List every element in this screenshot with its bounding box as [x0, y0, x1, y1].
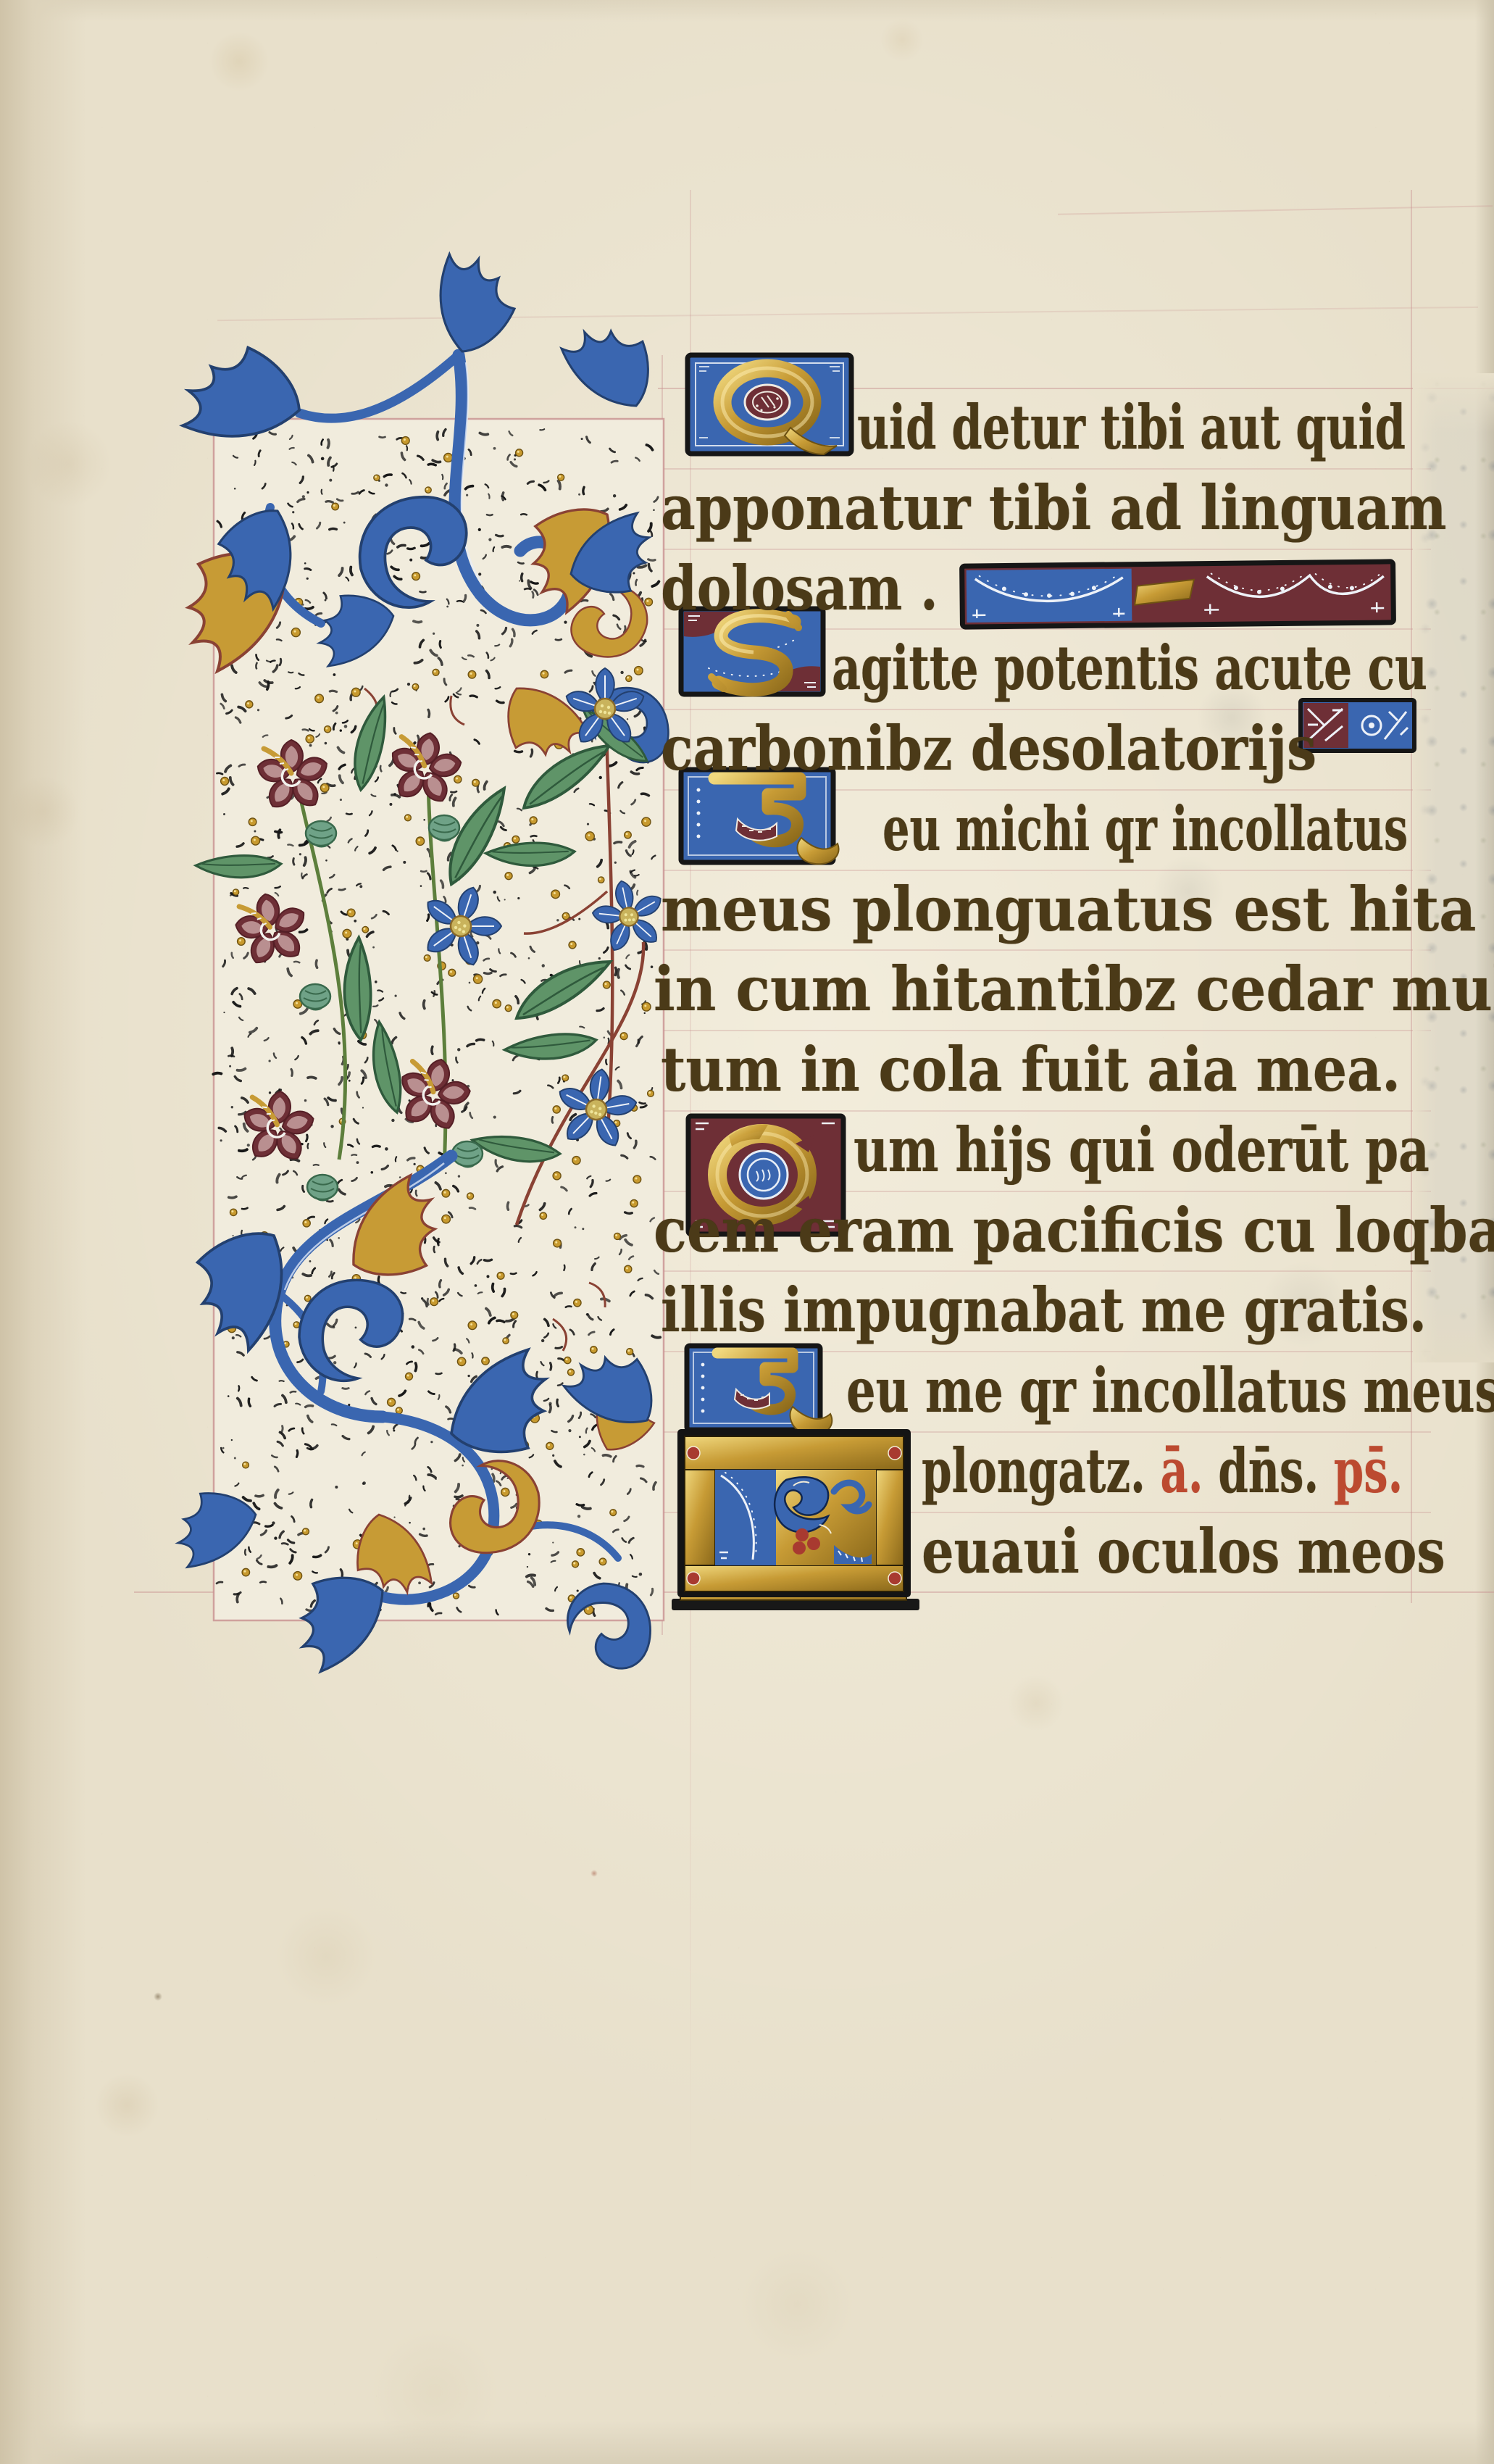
line-filler-bar [961, 559, 1395, 630]
text-line-13: eu me qr incollatus meus [846, 1352, 1494, 1429]
text-segment: agitte potentis acute cu [832, 632, 1427, 704]
parchment-stain [880, 18, 924, 62]
text-segment: in cum hitantibz cedar mul [654, 953, 1494, 1025]
text-line-8: in cum hitantibz cedar mul [654, 951, 1494, 1028]
text-segment: meus plonguatus est hita [661, 873, 1476, 945]
text-segment: plongatz. [922, 1435, 1145, 1507]
text-segment: ā. [1145, 1435, 1203, 1507]
text-line-7: meus plonguatus est hita [661, 871, 1494, 948]
parchment-stain [94, 2073, 159, 2138]
text-segment: tum in cola fuit aia mea. [661, 1033, 1401, 1105]
text-segment: cem eram pacificis cu loqbar [654, 1194, 1494, 1266]
text-segment: apponatur tibi ad linguam [661, 472, 1446, 544]
text-segment: illis impugnabat me gratis. [661, 1274, 1427, 1346]
text-line-9: tum in cola fuit aia mea. [661, 1031, 1494, 1108]
initial-h-2 [685, 1344, 822, 1431]
text-line-10: um hijs qui oderūt pa [854, 1112, 1494, 1189]
text-line-11: cem eram pacificis cu loqbar [654, 1192, 1494, 1269]
parchment-stain [209, 31, 270, 92]
text-line-15: euaui oculos meos [922, 1513, 1494, 1590]
parchment-stain [370, 2326, 500, 2457]
parchment-stain [1007, 1674, 1065, 1732]
initial-l [677, 1429, 911, 1607]
text-segment: um hijs qui oderūt pa [854, 1114, 1430, 1186]
text-line-4: agitte potentis acute cu [832, 630, 1494, 707]
text-segment: uid detur tibi aut quid [857, 391, 1406, 463]
text-line-6: eu michi qr incollatus [882, 791, 1494, 867]
text-segment: dn̄s. [1203, 1435, 1319, 1507]
parchment-stain [739, 2247, 855, 2363]
parchment-stain [275, 1906, 377, 2007]
parchment-stain [154, 1992, 162, 2001]
parchment-stain [590, 1870, 598, 1877]
text-line-2: apponatur tibi ad linguam [661, 470, 1494, 546]
manuscript-page: uid detur tibi aut quidapponatur tibi ad… [0, 0, 1494, 2464]
text-segment: dolosam . [661, 552, 938, 624]
text-segment: eu michi qr incollatus [882, 793, 1408, 865]
text-segment: ps̄. [1319, 1435, 1403, 1507]
text-line-1: uid detur tibi aut quid [857, 389, 1494, 466]
text-segment: carbonibz desolatorijs [661, 712, 1316, 784]
parchment-stain [25, 420, 112, 507]
border-panel [212, 297, 665, 1652]
text-segment: eu me qr incollatus meus [846, 1354, 1494, 1426]
initial-q [686, 354, 853, 455]
text-line-5: carbonibz desolatorijs [661, 710, 1417, 787]
parchment-stain [7, 775, 80, 848]
text-segment: euaui oculos meos [922, 1515, 1445, 1587]
text-line-14: plongatz. ā. dn̄s. ps̄. [922, 1433, 1494, 1510]
text-line-3: dolosam . [661, 550, 988, 627]
text-line-12: illis impugnabat me gratis. [661, 1272, 1494, 1349]
ruling-line [1058, 205, 1493, 215]
